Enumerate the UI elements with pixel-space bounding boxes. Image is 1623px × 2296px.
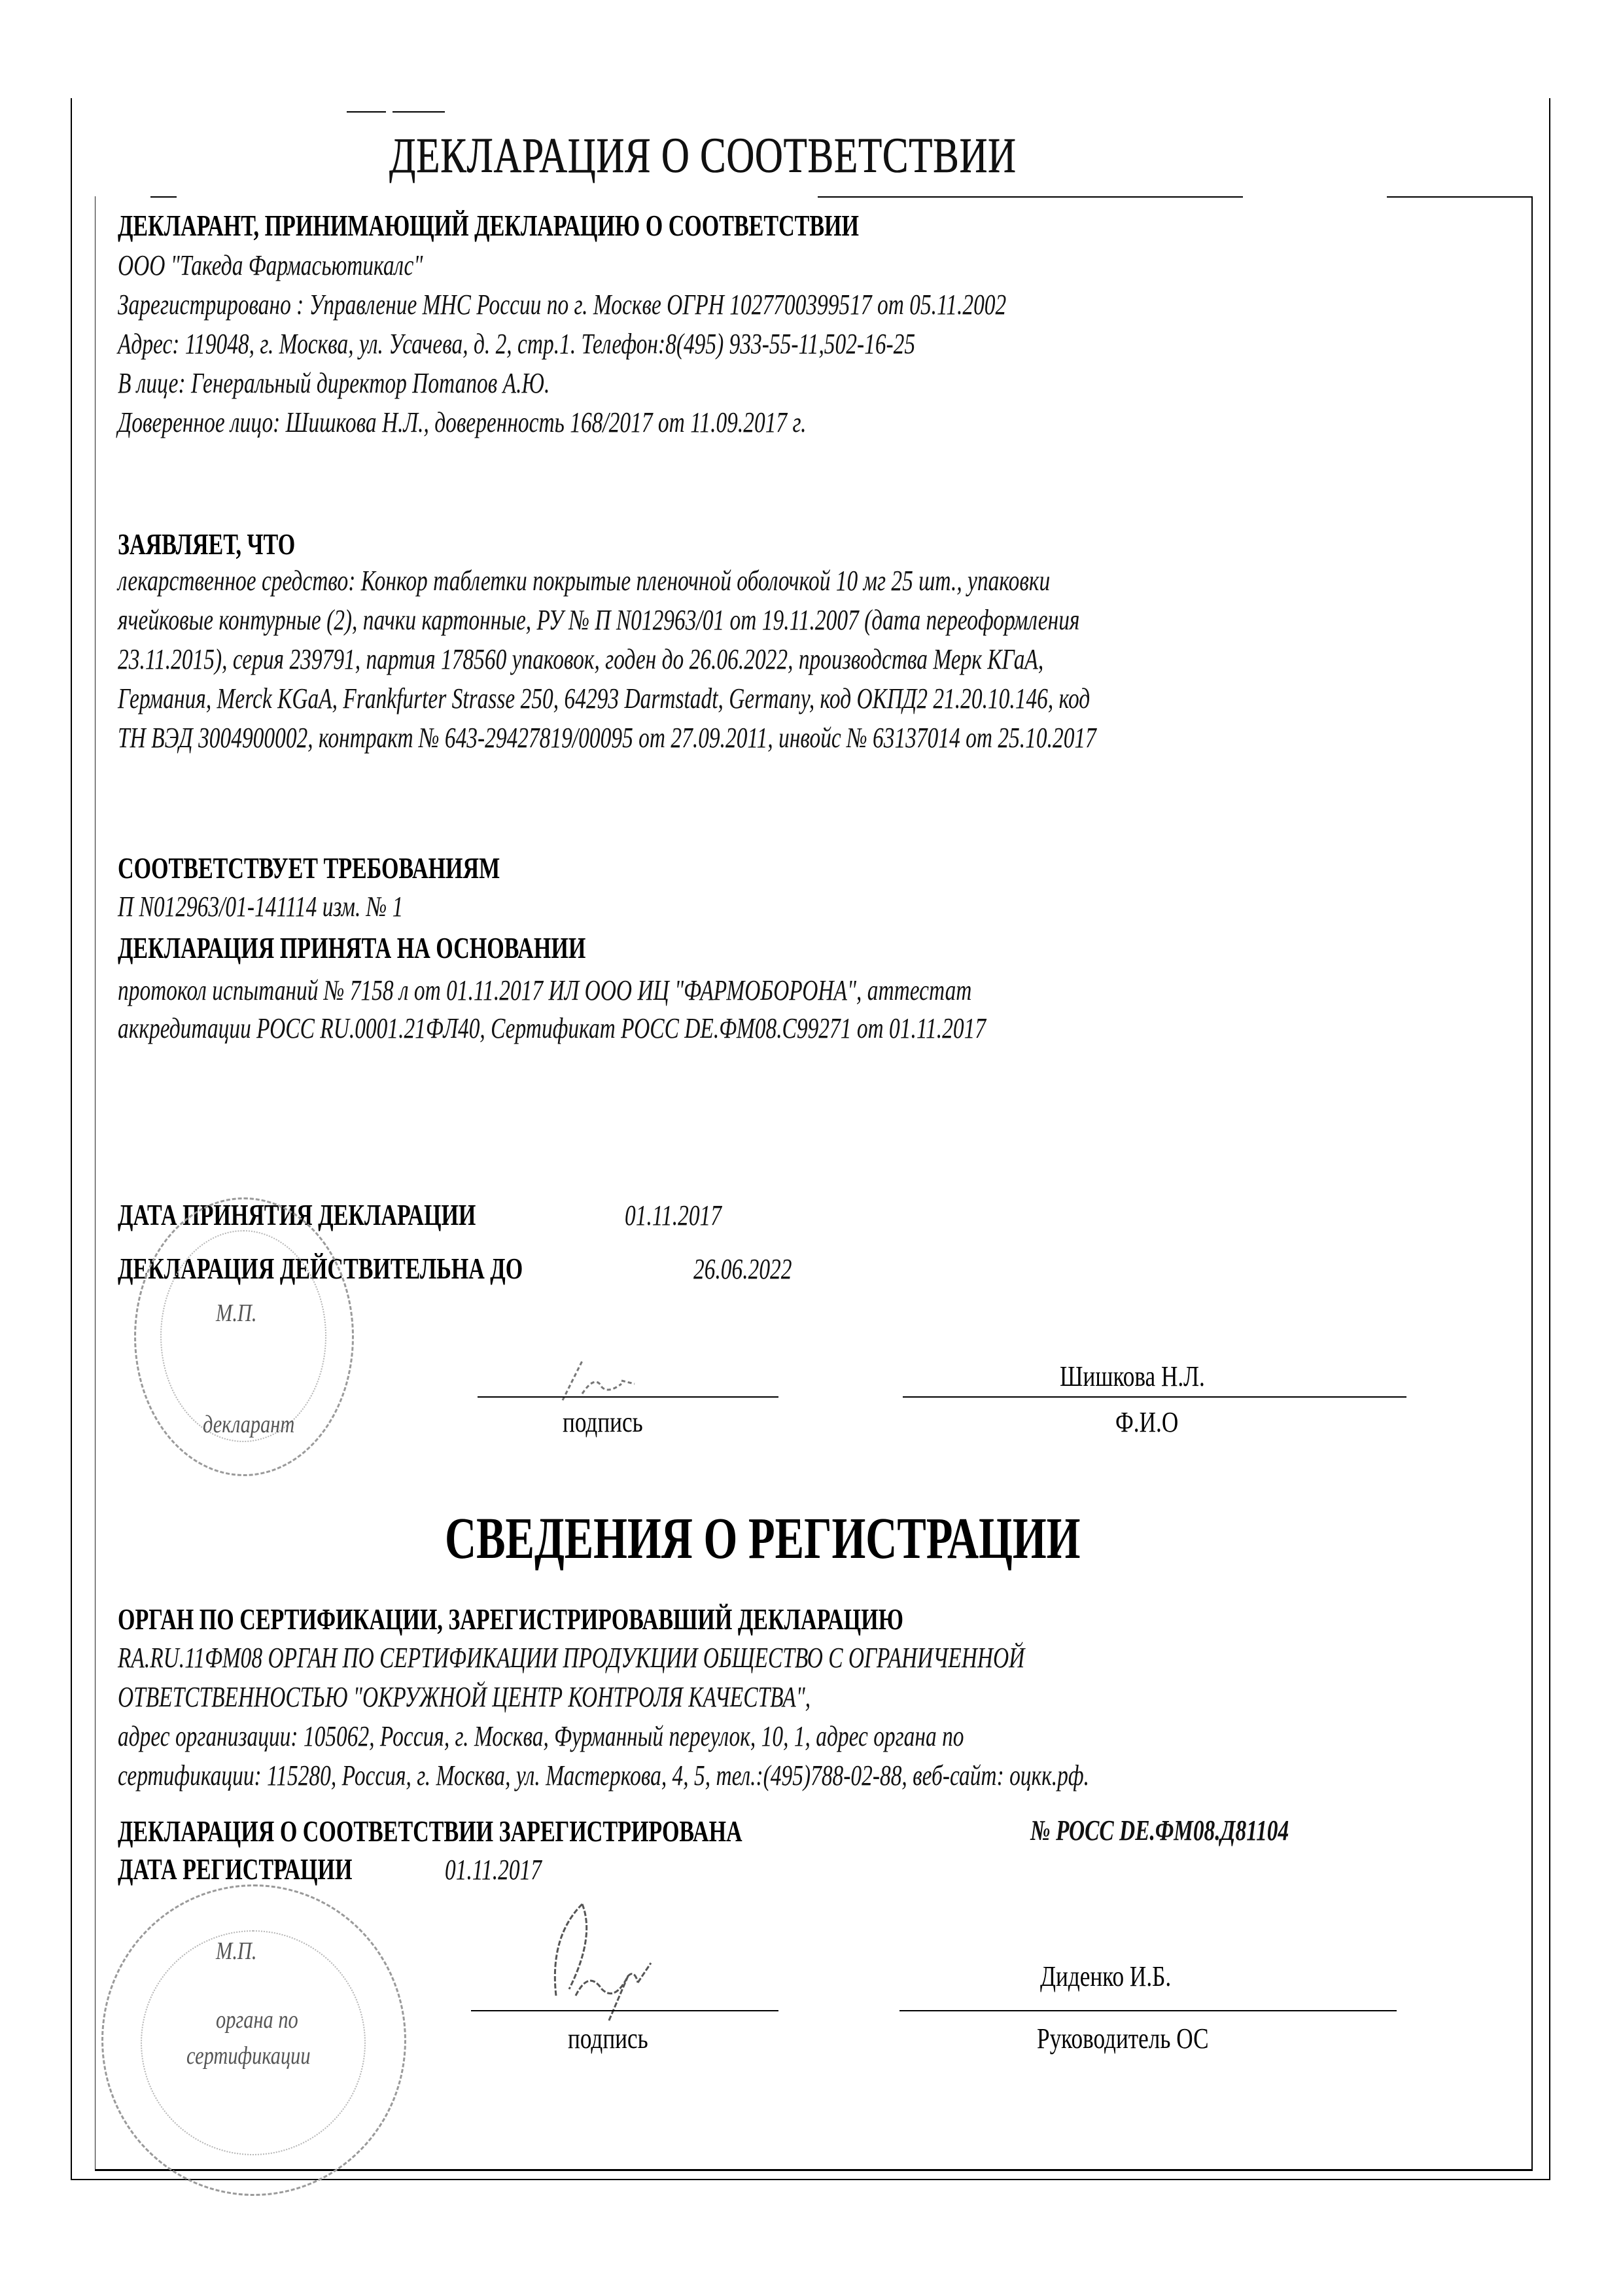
product-line-1: лекарственное средство: Конкор таблетки …	[118, 564, 1050, 597]
conforms-heading: СООТВЕТСТВУЕТ ТРЕБОВАНИЯМ	[118, 851, 500, 885]
basis-line-2: аккредитации РОСС RU.0001.21ФЛ40, Сертиф…	[118, 1012, 986, 1045]
certification-signature-scribble	[523, 1898, 720, 2028]
registration-title: СВЕДЕНИЯ О РЕГИСТРАЦИИ	[445, 1505, 1080, 1572]
cert-head-name-line	[899, 2010, 1397, 2011]
states-heading: ЗАЯВЛЯЕТ, ЧТО	[118, 527, 295, 561]
cert-stamp-line-2: сертификации	[186, 2041, 311, 2070]
declarant-signature-line	[478, 1396, 778, 1398]
cert-signature-line	[471, 2010, 778, 2011]
registration-body-line-2: ОТВЕТСТВЕННОСТЬЮ "ОКРУЖНОЙ ЦЕНТР КОНТРОЛ…	[118, 1680, 811, 1714]
declarant-stamp-caption: декларант	[203, 1410, 294, 1439]
registered-label: ДЕКЛАРАЦИЯ О СООТВЕТСТВИИ ЗАРЕГИСТРИРОВА…	[118, 1814, 742, 1848]
declarant-name-caption: Ф.И.О	[1115, 1405, 1178, 1439]
cert-head-name: Диденко И.Б.	[1040, 1960, 1171, 1993]
registration-body-line-1: RA.RU.11ФМ08 ОРГАН ПО СЕРТИФИКАЦИИ ПРОДУ…	[118, 1641, 1024, 1674]
declarant-signature-scribble	[556, 1348, 661, 1407]
product-line-3: 23.11.2015), серия 239791, партия 178560…	[118, 643, 1043, 676]
declarant-registration: Зарегистрировано : Управление МНС России…	[118, 288, 1006, 321]
registered-number: № РОСС DE.ФМ08.Д81104	[1030, 1814, 1289, 1847]
declarant-stamp-mp: М.П.	[216, 1299, 256, 1328]
declarant-name-line	[903, 1396, 1406, 1398]
cert-head-caption: Руководитель ОС	[1037, 2022, 1209, 2055]
registration-body-line-3: адрес организации: 105062, Россия, г. Мо…	[118, 1720, 964, 1753]
product-line-2: ячейковые контурные (2), пачки картонные…	[118, 603, 1079, 637]
registration-body-heading: ОРГАН ПО СЕРТИФИКАЦИИ, ЗАРЕГИСТРИРОВАВШИ…	[118, 1602, 903, 1636]
declarant-signature-caption: подпись	[563, 1405, 643, 1439]
declarant-director: В лице: Генеральный директор Потапов А.Ю…	[118, 366, 550, 400]
reg-date-value: 01.11.2017	[445, 1853, 542, 1886]
declarant-name: Шишкова Н.Л.	[1060, 1360, 1205, 1393]
top-border-fragment	[818, 196, 1243, 198]
basis-heading: ДЕКЛАРАЦИЯ ПРИНЯТА НА ОСНОВАНИИ	[118, 930, 585, 965]
declarant-heading: ДЕКЛАРАНТ, ПРИНИМАЮЩИЙ ДЕКЛАРАЦИЮ О СООТ…	[118, 208, 859, 243]
declarant-company: ООО "Такеда Фармасьютикалс"	[118, 249, 423, 282]
declarant-address: Адрес: 119048, г. Москва, ул. Усачева, д…	[118, 327, 915, 361]
document-title: ДЕКЛАРАЦИЯ О СООТВЕТСТВИИ	[389, 128, 1017, 185]
product-line-5: ТН ВЭД 3004900002, контракт № 643-294278…	[118, 721, 1096, 754]
declarant-proxy: Доверенное лицо: Шишкова Н.Л., доверенно…	[118, 406, 806, 439]
top-border-fragment	[347, 111, 386, 113]
product-line-4: Германия, Merck KGaA, Frankfurter Strass…	[118, 682, 1090, 715]
conforms-value: П N012963/01-141114 изм. № 1	[118, 890, 403, 923]
valid-until-value: 26.06.2022	[693, 1252, 792, 1286]
registration-body-line-4: сертификации: 115280, Россия, г. Москва,…	[118, 1759, 1089, 1792]
reg-date-label: ДАТА РЕГИСТРАЦИИ	[118, 1852, 352, 1886]
top-border-fragment	[393, 111, 445, 113]
acceptance-date-value: 01.11.2017	[625, 1199, 722, 1232]
basis-line-1: протокол испытаний № 7158 л от 01.11.201…	[118, 974, 971, 1007]
top-border-fragment	[1387, 196, 1532, 198]
top-border-fragment	[150, 196, 177, 198]
cert-stamp-line-1: органа по	[216, 2005, 298, 2034]
cert-stamp-mp: М.П.	[216, 1937, 256, 1966]
cert-signature-caption: подпись	[568, 2022, 648, 2055]
